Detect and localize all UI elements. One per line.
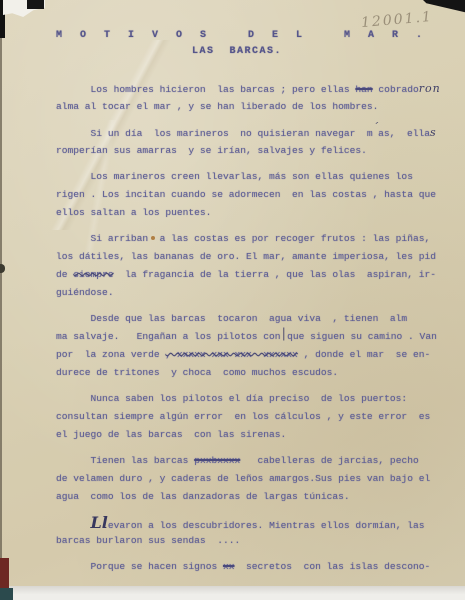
typed-line: Desde que las barcas tocaron agua viva ,…	[56, 310, 452, 328]
typed-line: rigen . Los incitan cuando se adormecen …	[56, 186, 452, 204]
typed-line: de velamen duro , y caderas de leños ama…	[56, 470, 452, 488]
paper-sheet: 12001.1 M O T I V O S D E L M A R . LAS …	[0, 0, 465, 586]
typed-text: secretos con las islas descono-	[234, 561, 430, 572]
typed-text: la fragancia de la tierra , que las olas…	[114, 269, 436, 280]
handwritten-correction: s	[430, 126, 437, 139]
typed-line: Tienen las barcas pxxbxxxx cabelleras de…	[56, 452, 452, 470]
scanner-bed	[0, 586, 465, 600]
typed-text: que siguen su camino . Van	[287, 331, 437, 342]
handwritten-correction: ´	[373, 121, 379, 134]
typed-text: cobrado	[373, 84, 419, 95]
torn-corner-dark	[27, 0, 44, 9]
typed-text: cabelleras de jarcias, pecho	[240, 455, 418, 466]
typed-line: agua como los de las danzadoras de larga…	[56, 488, 452, 506]
typed-line: barcas burlaron sus sendas ....	[56, 532, 452, 550]
typed-line: los dátiles, las bananas de oro. El mar,…	[56, 248, 452, 266]
typed-text: evaron a los descubridores. Mientras ell…	[108, 520, 425, 531]
typed-text: rigen . Los incitan cuando se adormecen …	[56, 189, 436, 200]
typed-line: ellos saltan a los puentes.	[56, 204, 452, 222]
typed-text: el juego de las barcas con las sirenas.	[56, 429, 286, 440]
binding-mark-maroon	[0, 558, 9, 589]
typed-text: Si arriban a las costas es por recoger f…	[91, 233, 431, 244]
typed-line: ma salvaje. Engañan a los pilotos con|qu…	[56, 328, 452, 346]
typed-line: Los marineros creen llevarlas, más son e…	[56, 168, 452, 186]
typed-text: alma al tocar el mar , y se han liberado…	[56, 101, 378, 112]
typed-line: el juego de las barcas con las sirenas.	[56, 426, 452, 444]
typed-line: Porque se hacen signos xx secretos con l…	[56, 558, 452, 576]
typed-line: Llevaron a los descubridores. Mientras e…	[56, 514, 452, 532]
typed-line: guiéndose.	[56, 284, 452, 302]
catalog-number-pencil: 12001.1	[361, 9, 434, 31]
scan-edge-shadow	[0, 36, 2, 586]
page-subtitle: LAS BARCAS.	[56, 46, 452, 57]
typed-text: Nunca saben los pilotos el día preciso d…	[91, 393, 408, 404]
typed-text: consultan siempre algún error en los cál…	[56, 411, 430, 422]
handwritten-correction: Ll	[91, 513, 108, 532]
handwritten-correction: |	[281, 324, 288, 347]
typed-text: durece de tritones y choca como muchos e…	[56, 367, 338, 378]
typed-text: romperían sus amarras y se irían, salvaj…	[56, 145, 367, 156]
page-title: M O T I V O S D E L M A R .	[56, 30, 452, 41]
typed-text: Los marineros creen llevarlas, más son e…	[91, 171, 413, 182]
typed-line: consultan siempre algún error en los cál…	[56, 408, 452, 426]
typed-line: Si arriban a las costas es por recoger f…	[56, 230, 452, 248]
typed-text-column: M O T I V O S D E L M A R . LAS BARCAS. …	[56, 30, 452, 576]
typed-text: de	[56, 269, 73, 280]
typed-text: por la zona verde	[56, 349, 165, 360]
typed-line: Los hombres hicieron las barcas ; pero e…	[56, 80, 452, 98]
typed-text: Si un día los marineros no quisieran nav…	[91, 128, 373, 139]
typed-text: , donde el mar se en-	[298, 349, 430, 360]
binding-mark-teal	[0, 588, 13, 600]
typed-line: Si un día los marineros no quisieran nav…	[56, 124, 452, 142]
handwritten-correction: ron	[419, 82, 441, 95]
typed-text: ma salvaje. Engañan a los pilotos con	[56, 331, 281, 342]
typed-lines: Los hombres hicieron las barcas ; pero e…	[56, 80, 452, 576]
typed-text: as, ella	[378, 128, 430, 139]
typed-line: por la zona verde , xxxxx xxx xxx xxxxxx…	[56, 346, 452, 364]
typed-line: alma al tocar el mar , y se han liberado…	[56, 98, 452, 116]
typed-text: de velamen duro , y caderas de leños ama…	[56, 473, 430, 484]
strikethrough-text: han	[355, 84, 372, 95]
typed-text: barcas burlaron sus sendas ....	[56, 535, 240, 546]
typed-text: los dátiles, las bananas de oro. El mar,…	[56, 251, 436, 262]
strikethrough-text: pxxbxxxx	[194, 455, 240, 466]
typed-text: Porque se hacen signos	[91, 561, 223, 572]
typed-line: de siempre la fragancia de la tierra , q…	[56, 266, 452, 284]
strikethrough-text: xx	[223, 561, 235, 572]
scanned-document-page: 12001.1 M O T I V O S D E L M A R . LAS …	[0, 0, 465, 600]
strikethrough-text: siempre	[73, 269, 113, 280]
typed-text: Los hombres hicieron las barcas ; pero e…	[91, 84, 356, 95]
strikethrough-text: , xxxxx xxx xxx xxxxxx	[165, 349, 297, 360]
typed-line: romperían sus amarras y se irían, salvaj…	[56, 142, 452, 160]
typed-text: Tienen las barcas	[91, 455, 195, 466]
typed-line: Nunca saben los pilotos el día preciso d…	[56, 390, 452, 408]
typed-text: guiéndose.	[56, 287, 114, 298]
rust-spot	[151, 236, 155, 240]
typed-text: ellos saltan a los puentes.	[56, 207, 211, 218]
typed-text: agua como los de las danzadoras de larga…	[56, 491, 350, 502]
typed-line: durece de tritones y choca como muchos e…	[56, 364, 452, 382]
typed-text: Desde que las barcas tocaron agua viva ,…	[91, 313, 408, 324]
